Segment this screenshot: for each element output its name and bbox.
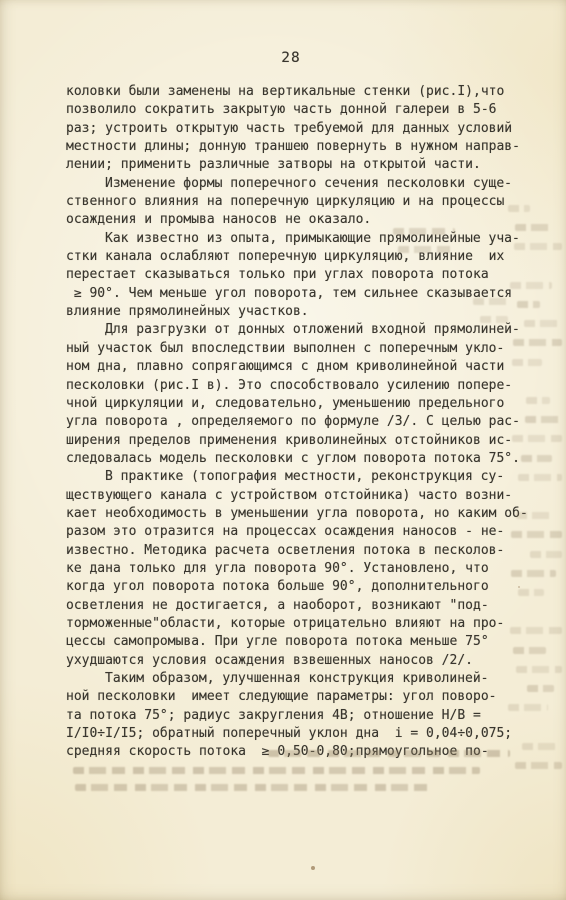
bleed-through-artifact [75,784,435,791]
bleed-through-artifact [511,531,562,538]
bleed-through-artifact [515,762,562,769]
page-number: 28 [66,50,516,66]
bleed-through-artifact [516,512,554,519]
bleed-through-artifact [393,228,455,235]
text-line: ширения пределов применения криволинейны… [66,432,546,450]
document-text-block: коловки были заменены на вертикальные ст… [66,83,546,762]
scanned-document-page: 28 коловки были заменены на вертикальные… [0,0,566,900]
text-line: перестает сказываться только при углах п… [66,266,546,284]
text-line: та потока 75°; радиус закругления 4В; от… [66,707,546,725]
text-line: влияние прямолинейных участков. [66,303,546,321]
text-line: ный участок был впоследствии выполнен с … [66,340,546,358]
bleed-through-artifact [527,685,554,692]
text-line: угла поворота , определяемого по формуле… [66,413,546,431]
bleed-through-artifact [73,767,480,774]
paragraph: Изменение формы поперечного сечения песк… [66,175,546,230]
text-line: раз; устроить открытую часть требуемой д… [66,120,546,138]
bleed-through-artifact [515,224,550,231]
text-line: торможенные"области, которые отрицательн… [66,615,546,633]
bleed-through-artifact [513,339,562,346]
text-line: I/I0÷I/I5; обратный поперечный уклон дна… [66,725,546,743]
text-line: Таким образом, улучшенная конструкция кр… [66,670,546,688]
bleed-through-artifact [524,320,560,327]
text-line: следовалась модель песколовки с углом по… [66,450,546,468]
paragraph: коловки были заменены на вертикальные ст… [66,83,546,175]
bleed-through-artifact [516,666,562,673]
bleed-through-artifact [530,551,562,558]
text-line: Как известно из опыта, примыкающие прямо… [66,230,546,248]
text-line: ной песколовки имеет следующие параметры… [66,688,546,706]
text-line: осаждения и промыва наносов не оказало. [66,211,546,229]
text-line: ществующего канала с устройством отстойн… [66,487,546,505]
paper-speck [311,866,315,870]
text-line: Для разгрузки от донных отложений входно… [66,321,546,339]
bleed-through-artifact [512,359,542,366]
text-line: осветления не достигается, а наоборот, в… [66,597,546,615]
bleed-through-artifact [398,246,453,253]
text-line: цессы самопромыва. При угле поворота пот… [66,633,546,651]
text-line: ухудшаются условия осаждения взвешенных … [66,652,546,670]
bleed-through-artifact [268,750,510,757]
bleed-through-artifact [522,743,556,750]
paragraph: Таким образом, улучшенная конструкция кр… [66,670,546,762]
text-line: позволило сократить закрытую часть донно… [66,101,546,119]
bleed-through-artifact [473,298,507,305]
text-line: когда угол поворота потока больше 90°, д… [66,578,546,596]
text-line: местности длины; донную траншею повернут… [66,138,546,156]
text-line: В практике (топография местности, реконс… [66,468,546,486]
bleed-through-artifact [518,589,544,596]
text-line: песколовки (рис.I в). Это способствовало… [66,377,546,395]
bleed-through-artifact [518,474,562,481]
bleed-through-artifact [510,282,552,289]
paper-speck [518,586,520,588]
bleed-through-artifact [511,570,556,577]
paragraph: В практике (топография местности, реконс… [66,468,546,670]
text-line: лении; применить различные затворы на от… [66,156,546,174]
bleed-through-artifact [480,316,508,323]
bleed-through-artifact [525,416,562,423]
text-line: разом это отразится на процессах осажден… [66,523,546,541]
bleed-through-artifact [514,243,562,250]
bleed-through-artifact [510,627,562,634]
bleed-through-artifact [512,435,562,442]
text-line: стки канала ослабляют поперечную циркуля… [66,248,546,266]
paragraph: Как известно из опыта, примыкающие прямо… [66,230,546,322]
text-line: ственного влияния на поперечную циркуляц… [66,193,546,211]
text-line: чной циркуляции и, следовательно, уменьш… [66,395,546,413]
bleed-through-artifact [513,647,546,654]
bleed-through-artifact [521,455,552,462]
text-line: ном дна, плавно сопрягающимся с дном кри… [66,358,546,376]
text-line: Изменение формы поперечного сечения песк… [66,175,546,193]
bleed-through-artifact [508,205,530,212]
bleed-through-artifact [517,301,540,308]
text-line: коловки были заменены на вертикальные ст… [66,83,546,101]
text-line: известно. Методика расчета осветления по… [66,542,546,560]
text-line: ке дана только для угла поворота 90°. Ус… [66,560,546,578]
paragraph: Для разгрузки от донных отложений входно… [66,321,546,468]
bleed-through-artifact [526,397,550,404]
text-line: кает необходимость в уменьшении угла пов… [66,505,546,523]
bleed-through-artifact [508,704,548,711]
